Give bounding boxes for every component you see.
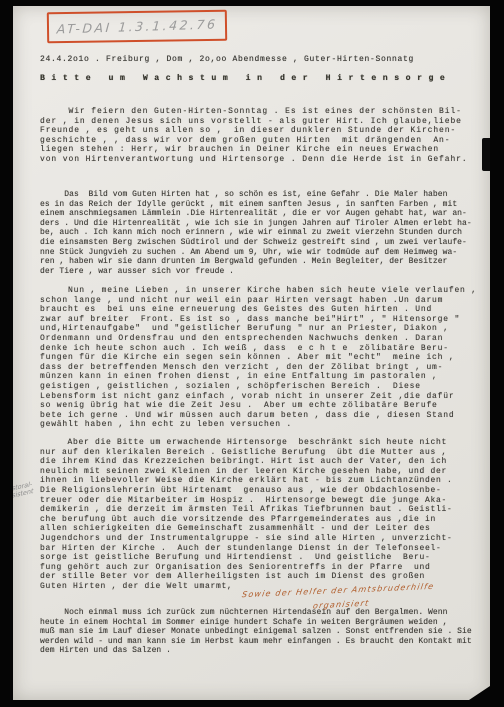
document-dateline: 24.4.2o1o . Freiburg , Dom , 2o,oo Abend… — [40, 55, 414, 64]
paragraph-5: Noch einmal muss ich zurück zum nüchtern… — [40, 608, 472, 656]
document-page: AT-DAI 1.3.1.42.76 24.4.2o1o . Freiburg … — [13, 6, 490, 700]
pencil-margin-note: Pastoral- Assistent — [4, 481, 33, 501]
scanned-document-view: AT-DAI 1.3.1.42.76 24.4.2o1o . Freiburg … — [0, 0, 504, 707]
document-title: B i t t e u m W a c h s t u m i n d e r … — [40, 74, 446, 83]
paragraph-3: Nun , meine Lieben , in unserer Kirche h… — [40, 286, 477, 430]
archive-reference-number: AT-DAI 1.3.1.42.76 — [56, 16, 218, 36]
archive-reference-box: AT-DAI 1.3.1.42.76 — [47, 10, 227, 44]
paragraph-1: Wir feiern den Guten-Hirten-Sonntag . Es… — [40, 107, 468, 165]
paragraph-4: Aber die Bitte um erwachende Hirtensorge… — [40, 438, 453, 592]
paper-edge-tear — [482, 138, 491, 171]
paragraph-2: Das Bild vom Guten Hirten hat , so schön… — [40, 190, 472, 276]
